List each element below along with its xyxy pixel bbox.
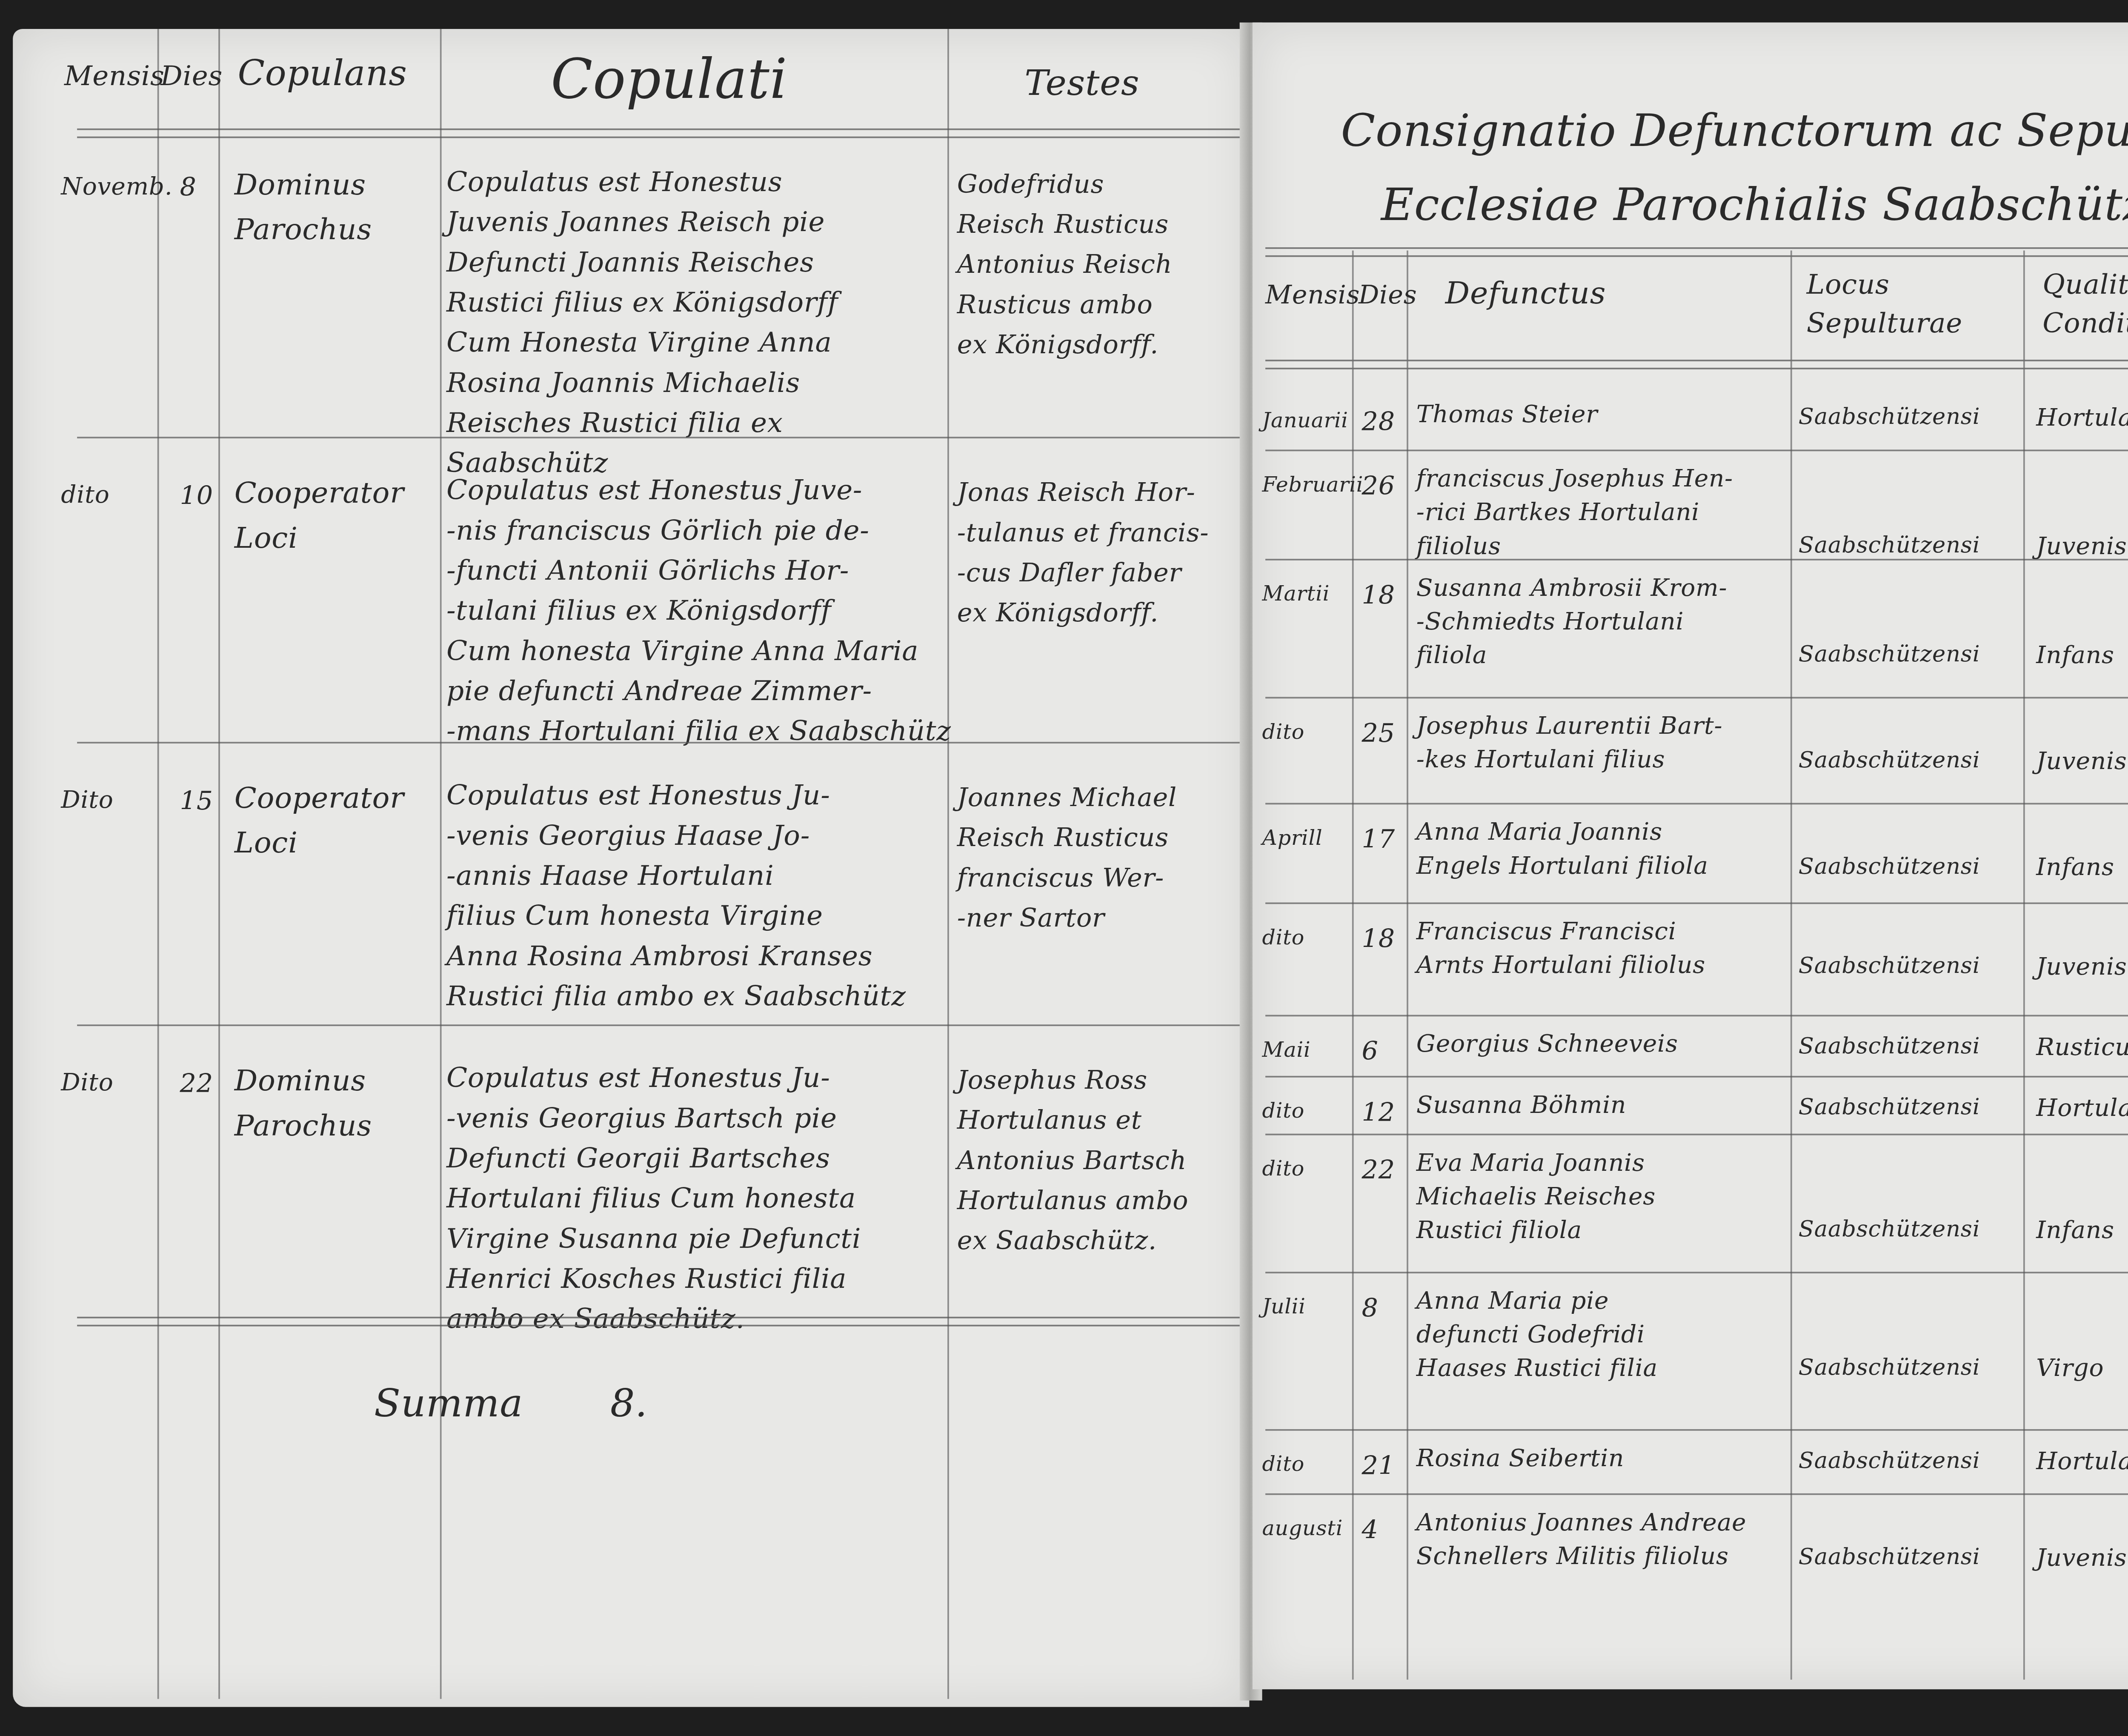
row-rule — [77, 742, 1246, 744]
column-rule — [1790, 251, 1792, 1680]
entry-locus: Saabschützensi — [1799, 848, 1980, 888]
register-spread: Mensis Dies Copulans Copulati Testes Nov… — [0, 0, 2128, 1736]
entry-dies: 22 — [180, 1063, 213, 1103]
row-rule — [1265, 1493, 2128, 1495]
entry-locus: Saabschützensi — [1799, 1539, 1980, 1579]
entry-defunctus: Eva Maria Joannis Michaelis Reisches Rus… — [1416, 1147, 1656, 1248]
entry-dies: 15 — [180, 781, 213, 821]
entry-mensis: Aprill — [1262, 819, 1323, 859]
entry-locus: Saabschützensi — [1799, 1089, 1980, 1129]
entry-dies: 18 — [1362, 918, 1395, 958]
entry-defunctus: franciscus Josephus Hen- -rici Bartkes H… — [1416, 463, 1733, 564]
entry-locus: Saabschützensi — [1799, 398, 1980, 438]
entry-qualitas: Infans — [2036, 1211, 2114, 1251]
row-rule — [77, 1024, 1246, 1026]
entry-dies: 10 — [180, 475, 213, 515]
entry-copulati: Copulatus est Honestus Ju- -venis Georgi… — [446, 777, 906, 1018]
entry-copulati: Copulatus est Honestus Juve- -nis franci… — [446, 472, 951, 753]
column-rule — [1352, 251, 1354, 1680]
entry-defunctus: Susanna Ambrosii Krom- -Schmiedts Hortul… — [1416, 572, 1728, 673]
entry-mensis: Maii — [1262, 1031, 1311, 1071]
entry-defunctus: Susanna Böhmin — [1416, 1089, 1627, 1122]
entry-mensis: dito — [1262, 918, 1304, 958]
entry-mensis: Februarii — [1262, 466, 1364, 506]
row-rule — [1265, 902, 2128, 904]
row-rule — [77, 437, 1246, 438]
header-defunctus: Defunctus — [1445, 276, 1606, 312]
entry-dies: 18 — [1362, 575, 1395, 615]
entry-mensis: dito — [1262, 713, 1304, 753]
header-rule-top — [1265, 247, 2128, 257]
entry-dies: 17 — [1362, 819, 1395, 859]
entry-defunctus: Antonius Joannes Andreae Schnellers Mili… — [1416, 1506, 1747, 1573]
entry-copulans: Dominus Parochus — [235, 1060, 372, 1150]
header-copulans: Copulans — [237, 54, 407, 94]
entry-locus: Saabschützensi — [1799, 636, 1980, 676]
entry-dies: 12 — [1362, 1092, 1395, 1132]
right-page-burials: Consignatio Defunctorum ac Sepultorum in… — [1253, 23, 2128, 1689]
column-rule — [157, 29, 159, 1699]
entry-mensis: Julii — [1262, 1288, 1306, 1328]
entry-qualitas: Infans — [2036, 848, 2114, 888]
row-rule — [1265, 1272, 2128, 1273]
entry-defunctus: Anna Maria Joannis Engels Hortulani fili… — [1416, 816, 1708, 883]
entry-defunctus: Georgius Schneeveis — [1416, 1028, 1678, 1061]
row-rule — [1265, 449, 2128, 451]
entry-locus: Saabschützensi — [1799, 1442, 1980, 1482]
header-locus-sepulturae: Locus Sepulturae — [1807, 266, 1962, 343]
summa-rule — [77, 1317, 1246, 1327]
entry-qualitas: Hortulanus — [2036, 398, 2128, 438]
register-title-line2: Ecclesiae Parochialis Saabschützensis An… — [1381, 177, 2128, 235]
summa-value: 8. — [610, 1381, 648, 1426]
entry-locus: Saabschützensi — [1799, 527, 1980, 567]
entry-dies: 26 — [1362, 466, 1395, 506]
header-qualitas-conditio: Qualitas Conditio — [2042, 266, 2128, 343]
column-rule — [2023, 251, 2025, 1680]
row-rule — [1265, 1015, 2128, 1017]
column-rule — [218, 29, 220, 1699]
entry-locus: Saabschützensi — [1799, 1349, 1980, 1389]
entry-dies: 8 — [180, 167, 197, 207]
entry-dies: 22 — [1362, 1150, 1395, 1190]
header-mensis: Mensis — [64, 61, 165, 93]
header-dies: Dies — [160, 61, 223, 93]
entry-testes: Godefridus Reisch Rusticus Antonius Reis… — [957, 164, 1173, 365]
entry-testes: Joannes Michael Reisch Rusticus francisc… — [957, 777, 1177, 938]
header-copulati: Copulati — [551, 48, 787, 112]
header-testes: Testes — [1024, 64, 1139, 104]
entry-dies: 4 — [1362, 1510, 1379, 1550]
header-dies: Dies — [1359, 280, 1417, 310]
entry-mensis: dito — [1262, 1092, 1304, 1132]
entry-qualitas: Hortulana — [2036, 1442, 2128, 1482]
row-rule — [1265, 1134, 2128, 1135]
header-mensis: Mensis — [1265, 280, 1360, 310]
entry-qualitas: Hortulani uxor — [2036, 1089, 2128, 1129]
column-rule — [1407, 251, 1408, 1680]
header-rule-bottom — [1265, 360, 2128, 369]
entry-qualitas: Juvenis — [2036, 742, 2127, 782]
entry-qualitas: Infans — [2036, 636, 2114, 676]
row-rule — [1265, 1429, 2128, 1431]
entry-qualitas: Juvenis — [2036, 527, 2127, 567]
entry-mensis: Martii — [1262, 575, 1330, 615]
entry-copulati: Copulatus est Honestus Ju- -venis Georgi… — [446, 1060, 861, 1341]
row-rule — [1265, 1076, 2128, 1078]
entry-defunctus: Thomas Steier — [1416, 398, 1598, 432]
entry-copulans: Dominus Parochus — [235, 164, 372, 254]
summa-label: Summa — [374, 1381, 523, 1426]
entry-qualitas: Rusticus — [2036, 1028, 2128, 1068]
entry-mensis: dito — [61, 475, 109, 515]
entry-dies: 25 — [1362, 713, 1395, 753]
header-rule — [77, 129, 1246, 138]
entry-copulans: Cooperator Loci — [235, 472, 404, 562]
row-rule — [1265, 697, 2128, 698]
entry-dies: 8 — [1362, 1288, 1379, 1328]
entry-mensis: augusti — [1262, 1510, 1343, 1550]
entry-mensis: dito — [1262, 1150, 1304, 1190]
entry-locus: Saabschützensi — [1799, 947, 1980, 987]
entry-dies: 28 — [1362, 401, 1395, 441]
entry-dies: 21 — [1362, 1445, 1395, 1485]
entry-qualitas: Virgo — [2036, 1349, 2104, 1389]
row-rule — [1265, 559, 2128, 561]
column-rule — [440, 29, 442, 1699]
entry-mensis: dito — [1262, 1445, 1304, 1485]
entry-testes: Jonas Reisch Hor- -tulanus et francis- -… — [957, 472, 1209, 632]
entry-mensis: Januarii — [1262, 401, 1348, 441]
entry-defunctus: Franciscus Francisci Arnts Hortulani fil… — [1416, 915, 1705, 983]
entry-mensis: Novemb. — [61, 167, 172, 207]
entry-copulans: Cooperator Loci — [235, 777, 404, 867]
entry-testes: Josephus Ross Hortulanus et Antonius Bar… — [957, 1060, 1189, 1261]
entry-defunctus: Josephus Laurentii Bart- -kes Hortulani … — [1416, 710, 1723, 777]
entry-defunctus: Anna Maria pie defuncti Godefridi Haases… — [1416, 1284, 1658, 1386]
entry-mensis: Dito — [61, 781, 113, 821]
entry-qualitas: Juvenis — [2036, 947, 2127, 987]
entry-defunctus: Rosina Seibertin — [1416, 1442, 1625, 1476]
register-title-line1: Consignatio Defunctorum ac Sepultorum in… — [1341, 103, 2128, 160]
row-rule — [1265, 803, 2128, 805]
entry-locus: Saabschützensi — [1799, 742, 1980, 782]
left-page-marriages: Mensis Dies Copulans Copulati Testes Nov… — [13, 29, 1249, 1707]
entry-locus: Saabschützensi — [1799, 1211, 1980, 1251]
entry-mensis: Dito — [61, 1063, 113, 1103]
entry-dies: 6 — [1362, 1031, 1379, 1071]
entry-qualitas: Juvenis — [2036, 1539, 2127, 1579]
column-rule — [947, 29, 949, 1699]
entry-locus: Saabschützensi — [1799, 1028, 1980, 1068]
